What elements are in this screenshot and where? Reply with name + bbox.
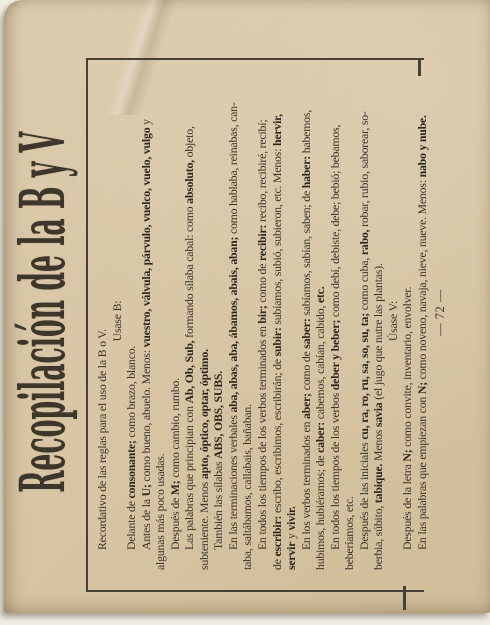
text-line: berbia, súbito, tabique. Menos savia (el…: [371, 72, 386, 570]
rotated-page-content: Recopilación de la B y V Recordativo de …: [0, 0, 490, 625]
text-line: algunas más poco usadas.: [153, 72, 168, 570]
text-line: Antes de la U; como bueno, abuelo. Menos…: [139, 72, 154, 570]
text-line: Después de M; como cambio, rumbo.: [168, 72, 183, 570]
text-line: Después de la letra N; como convite, inv…: [400, 72, 415, 570]
text-line: de escribir: escribo, escribimos, escrib…: [270, 72, 285, 570]
text-line: Úsase V:: [386, 72, 401, 570]
page-number: — 72 —: [433, 0, 448, 625]
text-line: Usase B:: [110, 72, 125, 570]
text-line: En las terminaciones verbales aba, abas,…: [226, 72, 241, 570]
scanned-book-page: Recopilación de la B y V Recordativo de …: [0, 0, 490, 625]
text-line: En las palabras que empiezan con N; como…: [415, 72, 430, 570]
page-title: Recopilación de la B y V: [0, 0, 86, 625]
page-title-text: Recopilación de la B y V: [12, 132, 74, 493]
text-line: También las sílabas ABS, OBS, SUBS.: [211, 72, 226, 570]
text-line: hubimos, hubiéramos; de caber: cabemos, …: [313, 72, 328, 570]
text-line: En los verbos terminados en aber; como d…: [299, 72, 314, 570]
text-line: Después de las iniciales cu, ra, ro, ru,…: [357, 72, 372, 570]
text-line: taba, saltábamos, callabais, bañaban.: [240, 72, 255, 570]
text-line: beberíamos, etc.: [342, 72, 357, 570]
text-line: servir y vivir.: [284, 72, 299, 570]
text-line: Las palabras que principian con Ab, Ob, …: [182, 72, 197, 570]
text-line: Delante de consonante; como brazo, blanc…: [124, 72, 139, 570]
text-line: En todos los tiempos de los verbos termi…: [255, 72, 270, 570]
text-line: subteniente. Menos apto, óptico, optar, …: [197, 72, 212, 570]
body-text: Recordativo de las reglas para el uso de…: [95, 72, 430, 570]
text-line: Recordativo de las reglas para el uso de…: [95, 72, 110, 570]
frame-border-stub-left: [403, 586, 406, 610]
text-line: En todos los tiempos de los verbos deber…: [328, 72, 343, 570]
